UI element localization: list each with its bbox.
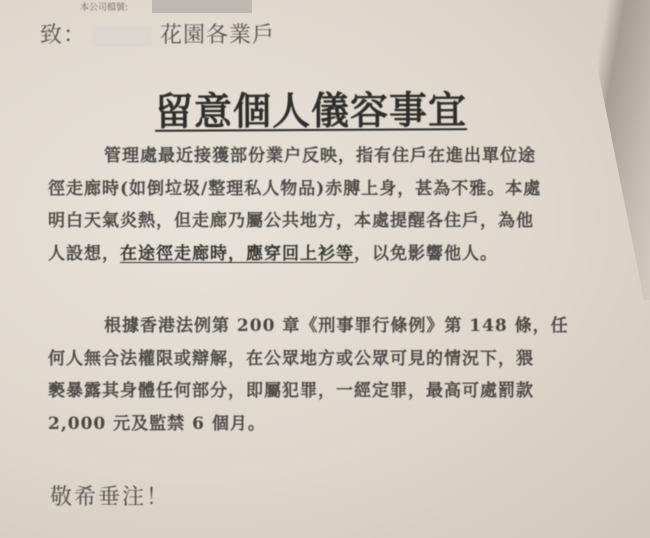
- paragraph-2-line: 何人無合法權限或辯解，在公眾地方或公眾可見的情況下，猥: [48, 343, 608, 376]
- closing-remark: 敬希垂注！: [50, 480, 170, 511]
- redacted-reference-number: [152, 0, 252, 13]
- paragraph-1-line: 管理處最近接獲部份業户反映，指有住戶在進出單位途: [48, 140, 608, 173]
- last-line-prefix: 人設想，: [48, 244, 120, 264]
- recipient-line: 致：花園各業戶: [40, 18, 275, 49]
- paragraph-2-line: 褻暴露其身體任何部分，即屬犯罪，一經定罪，最高可處罰款: [48, 375, 608, 408]
- paragraph-1-last-line: 人設想，在途徑走廊時，應穿回上衫等，以免影響他人。: [48, 238, 608, 271]
- notice-title: 留意個人儀容事宜: [155, 79, 467, 136]
- paragraph-2-line: 根據香港法例第 200 章《刑事罪行條例》第 148 條，任: [48, 310, 608, 343]
- company-reference-label: 本公司檔號:: [80, 0, 128, 13]
- last-line-suffix: ，以免影響他人。: [354, 244, 498, 264]
- recipient: 花園各業戶: [160, 23, 275, 48]
- recipient-prefix: 致：: [40, 23, 86, 48]
- underlined-instruction: 在途徑走廊時，應穿回上衫等: [120, 244, 354, 264]
- paragraph-1-line: 徑走廊時(如倒垃圾/整理私人物品)赤膊上身，甚為不雅。本處: [48, 173, 608, 206]
- paragraph-2-line: 2,000 元及監禁 6 個月。: [48, 408, 608, 441]
- paragraph-1-line: 明白天氣炎熱，但走廊乃屬公共地方，本處提醒各住戶，為他: [48, 205, 608, 238]
- redacted-estate-name: [92, 25, 152, 47]
- paragraph-1: 管理處最近接獲部份業户反映，指有住戶在進出單位途 徑走廊時(如倒垃圾/整理私人物…: [48, 140, 608, 270]
- paragraph-2: 根據香港法例第 200 章《刑事罪行條例》第 148 條，任 何人無合法權限或辯…: [48, 310, 608, 440]
